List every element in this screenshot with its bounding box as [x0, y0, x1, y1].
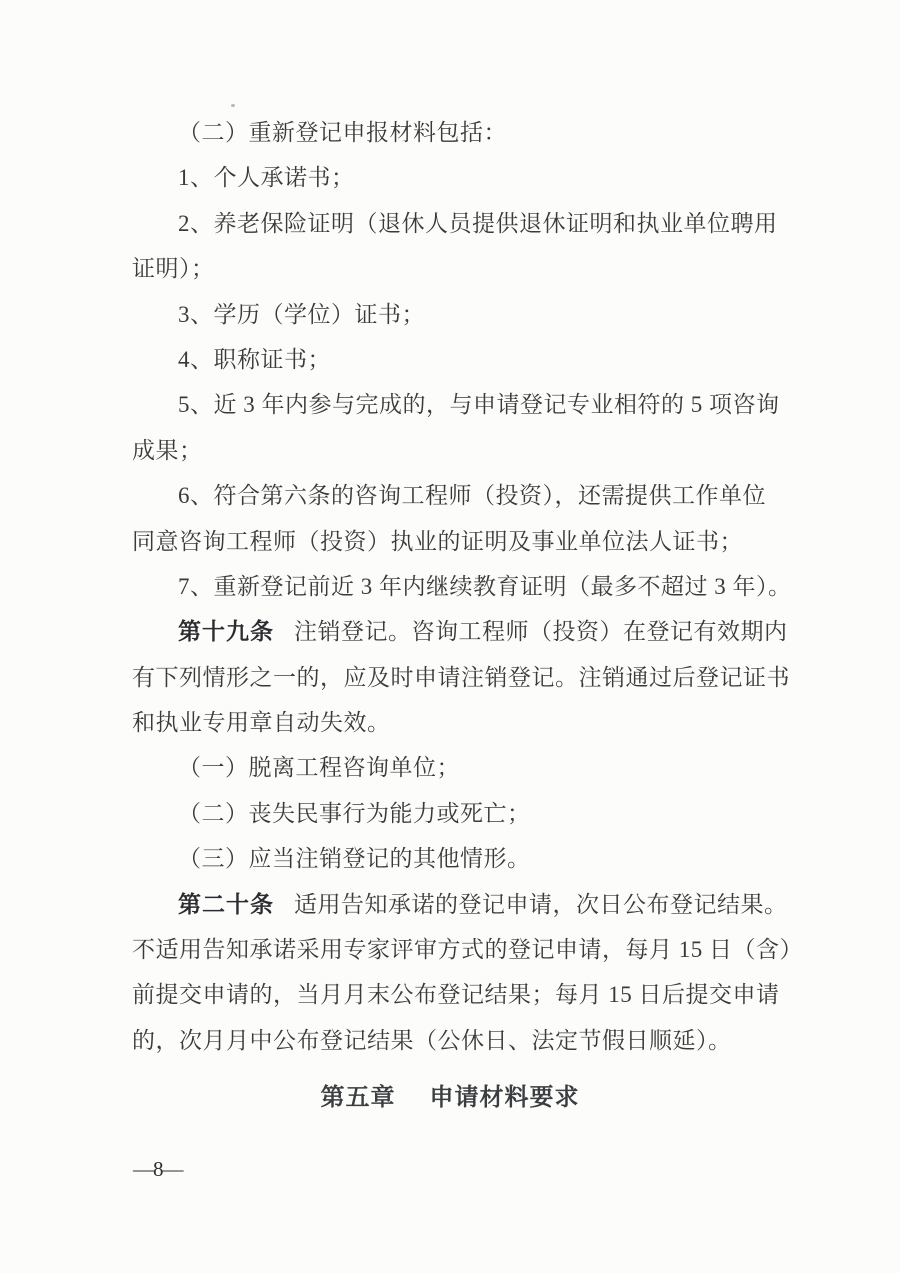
line-text: 同意咨询工程师（投资）执业的证明及事业单位法人证书； [132, 529, 743, 554]
scan-speck [231, 104, 235, 107]
page-number: —8— [133, 1147, 183, 1191]
line-text: 有下列情形之一的，应及时申请注销登记。注销通过后登记证书 [132, 665, 790, 690]
text-line: 前提交申请的，当月月末公布登记结果；每月 15 日后提交申请 [132, 972, 772, 1017]
line-text: （二）丧失民事行为能力或死亡； [178, 801, 531, 826]
text-line: （一）脱离工程咨询单位； [132, 745, 772, 790]
line-text: 3、学历（学位）证书； [178, 302, 425, 327]
text-line: 不适用告知承诺采用专家评审方式的登记申请，每月 15 日（含） [132, 927, 772, 972]
line-text: （一）脱离工程咨询单位； [178, 755, 460, 780]
text-line: 3、学历（学位）证书； [132, 292, 772, 337]
line-text: 6、符合第六条的咨询工程师（投资），还需提供工作单位 [178, 483, 766, 508]
text-line: 第二十条适用告知承诺的登记申请，次日公布登记结果。 [132, 882, 772, 927]
body-text-block: （二）重新登记申报材料包括： 1、个人承诺书； 2、养老保险证明（退休人员提供退… [132, 110, 772, 1063]
line-text: 2、养老保险证明（退休人员提供退休证明和执业单位聘用 [178, 211, 778, 236]
article-number: 第二十条 [178, 891, 274, 917]
text-line: 证明）； [132, 246, 772, 291]
line-text: 前提交申请的，当月月末公布登记结果；每月 15 日后提交申请 [132, 982, 780, 1007]
text-line: （三）应当注销登记的其他情形。 [132, 836, 772, 881]
text-line: （二）丧失民事行为能力或死亡； [132, 791, 772, 836]
document-page: （二）重新登记申报材料包括： 1、个人承诺书； 2、养老保险证明（退休人员提供退… [0, 0, 900, 1273]
text-line: 6、符合第六条的咨询工程师（投资），还需提供工作单位 [132, 473, 772, 518]
line-text: 的，次月月中公布登记结果（公休日、法定节假日顺延）。 [132, 1028, 732, 1053]
article-number: 第十九条 [178, 618, 274, 644]
chapter-title: 申请材料要求 [430, 1084, 580, 1111]
line-text: 1、个人承诺书； [178, 165, 355, 190]
line-text: 证明）； [132, 256, 215, 281]
line-text: （二）重新登记申报材料包括： [178, 120, 507, 145]
line-text: 5、近 3 年内参与完成的，与申请登记专业相符的 5 项咨询 [178, 392, 780, 417]
chapter-heading: 第五章申请材料要求 [0, 1075, 900, 1121]
text-line: 和执业专用章自动失效。 [132, 700, 772, 745]
line-text: 不适用告知承诺采用专家评审方式的登记申请，每月 15 日（含） [132, 937, 803, 962]
text-line: 成果； [132, 428, 772, 473]
line-text: 适用告知承诺的登记申请，次日公布登记结果。 [294, 892, 788, 917]
line-text: 和执业专用章自动失效。 [132, 710, 391, 735]
text-line: 同意咨询工程师（投资）执业的证明及事业单位法人证书； [132, 519, 772, 564]
text-line: 的，次月月中公布登记结果（公休日、法定节假日顺延）。 [132, 1018, 772, 1063]
text-line: 1、个人承诺书； [132, 155, 772, 200]
text-line: （二）重新登记申报材料包括： [132, 110, 772, 155]
line-text: 7、重新登记前近 3 年内继续教育证明（最多不超过 3 年）。 [178, 574, 792, 599]
line-text: 4、职称证书； [178, 347, 331, 372]
text-line: 2、养老保险证明（退休人员提供退休证明和执业单位聘用 [132, 201, 772, 246]
text-line: 4、职称证书； [132, 337, 772, 382]
text-line: 5、近 3 年内参与完成的，与申请登记专业相符的 5 项咨询 [132, 382, 772, 427]
text-line: 第十九条注销登记。咨询工程师（投资）在登记有效期内 [132, 609, 772, 654]
line-text: （三）应当注销登记的其他情形。 [178, 846, 531, 871]
line-text: 成果； [132, 438, 203, 463]
text-line: 7、重新登记前近 3 年内继续教育证明（最多不超过 3 年）。 [132, 564, 772, 609]
text-line: 有下列情形之一的，应及时申请注销登记。注销通过后登记证书 [132, 655, 772, 700]
chapter-number: 第五章 [321, 1084, 396, 1111]
line-text: 注销登记。咨询工程师（投资）在登记有效期内 [294, 619, 788, 644]
